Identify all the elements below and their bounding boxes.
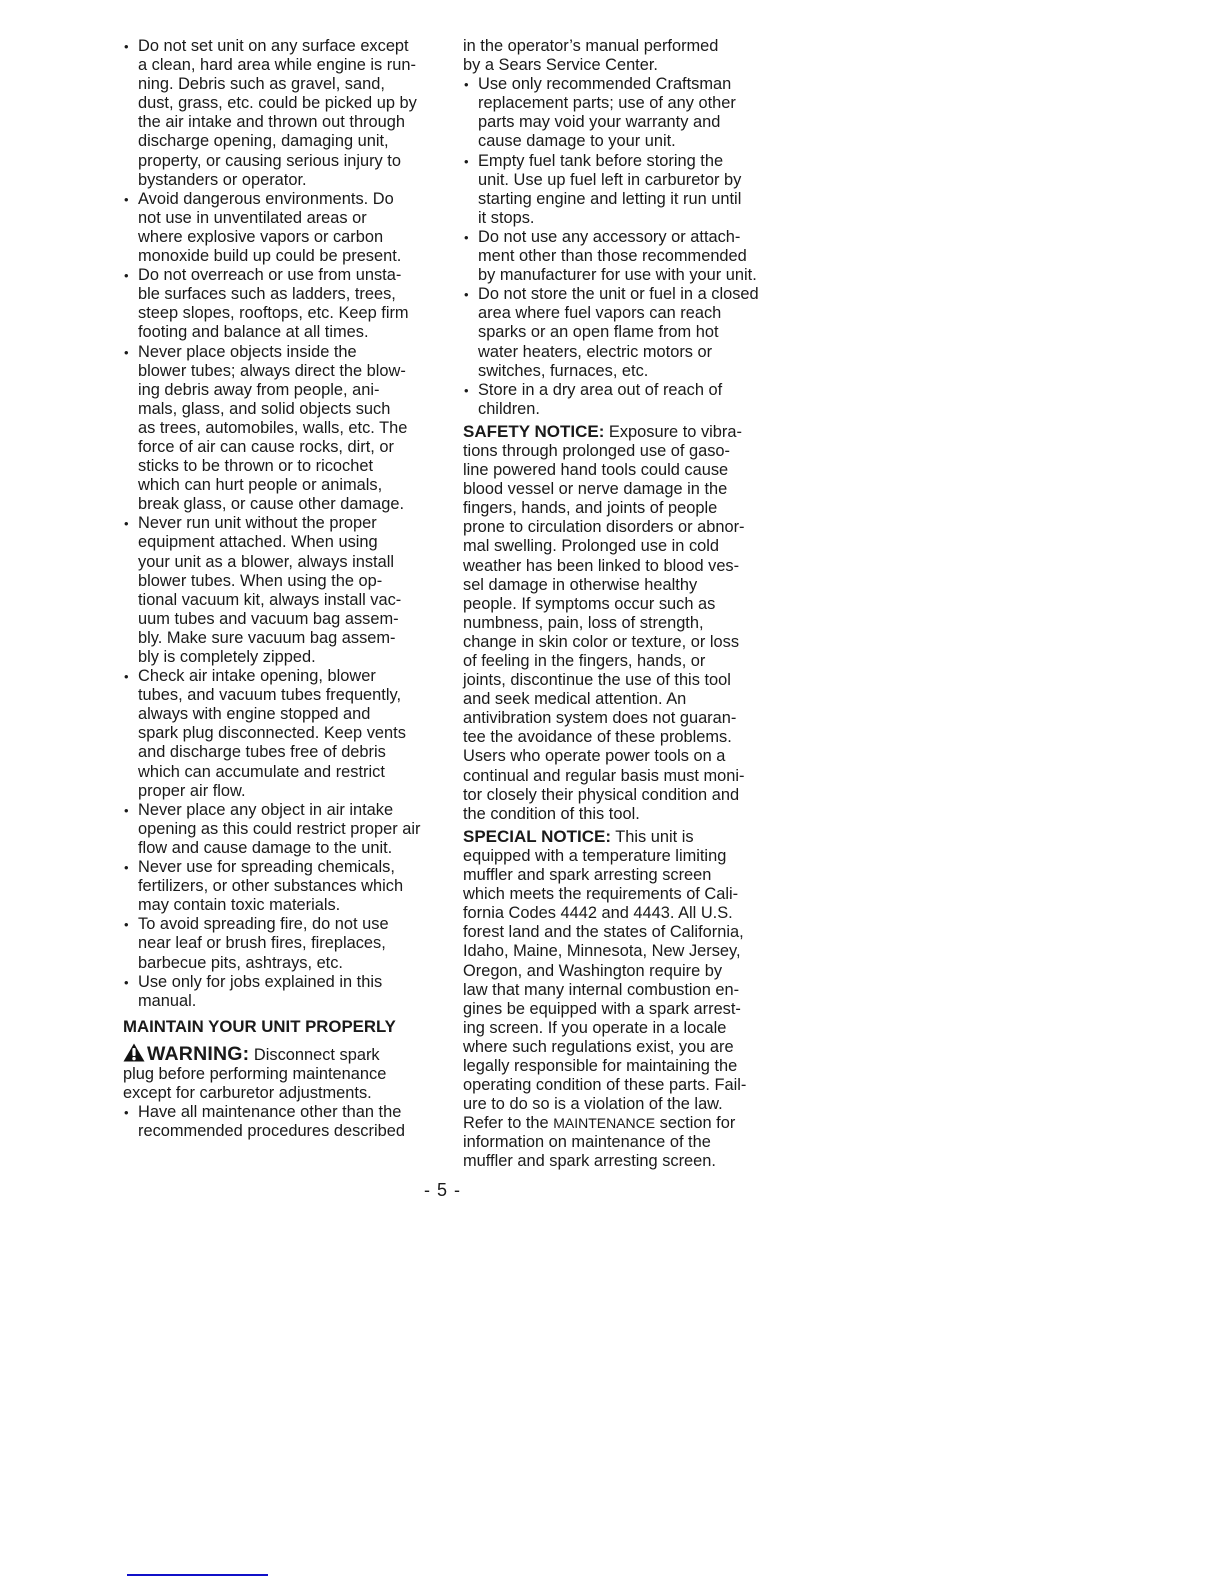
bullet-text-line: monoxide build up could be present. [138, 247, 443, 266]
right-column: in the operator’s manual performedby a S… [463, 37, 783, 1172]
bullet-text-line: your unit as a blower, always install [138, 553, 443, 572]
bullet-text-line: Avoid dangerous environments. Do [138, 190, 443, 209]
safety-notice-text-line: tor closely their physical condition and [463, 786, 783, 805]
warning-text: Disconnect spark [249, 1046, 379, 1064]
special-notice-text-line: muffler and spark arresting screen. [463, 1152, 783, 1171]
continued-text: in the operator’s manual performedby a S… [463, 37, 783, 75]
bullet-text-line: which can hurt people or animals, [138, 476, 443, 495]
bullet-text-line: steep slopes, rooftops, etc. Keep firm [138, 304, 443, 323]
special-notice-label: SPECIAL NOTICE: [463, 827, 611, 846]
bullet-text-line: ing debris away from people, ani- [138, 381, 443, 400]
special-notice-text-line: ing screen. If you operate in a locale [463, 1019, 783, 1038]
bullet-text-line: recommended procedures described [138, 1122, 443, 1141]
bullet-text-line: bly is completely zipped. [138, 648, 443, 667]
refer-suffix: section for [655, 1114, 735, 1132]
warning-block: WARNING: Disconnect sparkplug before per… [123, 1043, 443, 1103]
bullet-text-line: near leaf or brush fires, fireplaces, [138, 934, 443, 953]
bullet-item: Never use for spreading chemicals,fertil… [123, 858, 443, 915]
bullet-item: Never run unit without the properequipme… [123, 514, 443, 667]
bullet-text-line: manual. [138, 992, 443, 1011]
bullet-text-line: property, or causing serious injury to [138, 152, 443, 171]
special-notice-text-line: gines be equipped with a spark arrest- [463, 1000, 783, 1019]
bullet-text-line: Never place any object in air intake [138, 801, 443, 820]
bullet-item: Never place any object in air intakeopen… [123, 801, 443, 858]
bullet-text-line: spark plug disconnected. Keep vents [138, 724, 443, 743]
bullet-text-line: Have all maintenance other than the [138, 1103, 443, 1122]
bullet-text-line: the air intake and thrown out through [138, 113, 443, 132]
bullet-text-line: water heaters, electric motors or [478, 343, 783, 362]
bullet-text-line: replacement parts; use of any other [478, 94, 783, 113]
special-notice-first-line: SPECIAL NOTICE: This unit is [463, 827, 783, 847]
bullet-text-line: Store in a dry area out of reach of [478, 381, 783, 400]
section-heading: MAINTAIN YOUR UNIT PROPERLY [123, 1017, 443, 1036]
special-notice-text-line: legally responsible for maintaining the [463, 1057, 783, 1076]
safety-notice-text-line: numbness, pain, loss of strength, [463, 614, 783, 633]
special-notice-text-line: operating condition of these parts. Fail… [463, 1076, 783, 1095]
bullet-item: Do not use any accessory or attach-ment … [463, 228, 783, 285]
special-notice-text-line: information on maintenance of the [463, 1133, 783, 1152]
bullet-text-line: blower tubes; always direct the blow- [138, 362, 443, 381]
safety-notice-text-line: tions through prolonged use of gaso- [463, 442, 783, 461]
bullet-text-line: parts may void your warranty and [478, 113, 783, 132]
safety-notice-text-line: blood vessel or nerve damage in the [463, 480, 783, 499]
special-notice-text-line: ure to do so is a violation of the law. [463, 1095, 783, 1114]
safety-notice-text-line: prone to circulation disorders or abnor- [463, 518, 783, 537]
bullet-text-line: as trees, automobiles, walls, etc. The [138, 419, 443, 438]
safety-notice-text-line: tee the avoidance of these problems. [463, 728, 783, 747]
special-notice: SPECIAL NOTICE: This unit isequipped wit… [463, 827, 783, 1172]
bullet-text-line: sparks or an open flame from hot [478, 323, 783, 342]
warning-triangle-icon [123, 1043, 145, 1062]
bullet-item: Never place objects inside theblower tub… [123, 343, 443, 515]
bullet-item: Check air intake opening, blowertubes, a… [123, 667, 443, 801]
page-number: - 5 - [424, 1180, 461, 1201]
bullet-text-line: always with engine stopped and [138, 705, 443, 724]
continued-text-line: in the operator’s manual performed [463, 37, 783, 56]
bullet-text-line: Do not overreach or use from unsta- [138, 266, 443, 285]
bullet-text-line: mals, glass, and solid objects such [138, 400, 443, 419]
safety-notice-text-line: and seek medical attention. An [463, 690, 783, 709]
bullet-text-line: ble surfaces such as ladders, trees, [138, 285, 443, 304]
warning-text-line: except for carburetor adjustments. [123, 1084, 443, 1103]
bullet-text-line: bly. Make sure vacuum bag assem- [138, 629, 443, 648]
bullet-text-line: area where fuel vapors can reach [478, 304, 783, 323]
bullet-text-line: not use in unventilated areas or [138, 209, 443, 228]
safety-notice-text-line: fingers, hands, and joints of people [463, 499, 783, 518]
bullet-text-line: ment other than those recommended [478, 247, 783, 266]
safety-notice-text-line: line powered hand tools could cause [463, 461, 783, 480]
safety-notice-label: SAFETY NOTICE: [463, 422, 604, 441]
bullet-item: Empty fuel tank before storing theunit. … [463, 152, 783, 228]
footer-rule [127, 1574, 268, 1576]
bullet-text-line: equipment attached. When using [138, 533, 443, 552]
special-notice-text-line: equipped with a temperature limiting [463, 847, 783, 866]
bullet-text-line: flow and cause damage to the unit. [138, 839, 443, 858]
special-notice-text-line: Refer to the MAINTENANCE section for [463, 1114, 783, 1133]
safety-notice-text-line: change in skin color or texture, or loss [463, 633, 783, 652]
maintenance-reference: MAINTENANCE [553, 1115, 655, 1131]
bullet-text-line: Empty fuel tank before storing the [478, 152, 783, 171]
bullet-text-line: by manufacturer for use with your unit. [478, 266, 783, 285]
special-notice-text-line: fornia Codes 4442 and 4443. All U.S. [463, 904, 783, 923]
bullet-text-line: tional vacuum kit, always install vac- [138, 591, 443, 610]
bullet-text-line: Use only for jobs explained in this [138, 973, 443, 992]
bullet-text-line: may contain toxic materials. [138, 896, 443, 915]
bullet-text-line: fertilizers, or other substances which [138, 877, 443, 896]
bullet-text-line: where explosive vapors or carbon [138, 228, 443, 247]
bullet-text-line: Never place objects inside the [138, 343, 443, 362]
special-notice-text-line: which meets the requirements of Cali- [463, 885, 783, 904]
special-notice-text-line: where such regulations exist, you are [463, 1038, 783, 1057]
bullet-item: Use only for jobs explained in thismanua… [123, 973, 443, 1011]
safety-notice-text-line: continual and regular basis must moni- [463, 767, 783, 786]
bullet-item: Have all maintenance other than therecom… [123, 1103, 443, 1141]
safety-notice-text-line: mal swelling. Prolonged use in cold [463, 537, 783, 556]
bullet-text-line: Never use for spreading chemicals, [138, 858, 443, 877]
bullet-item: Do not store the unit or fuel in a close… [463, 285, 783, 380]
bullet-text-line: which can accumulate and restrict [138, 763, 443, 782]
bullet-text-line: Check air intake opening, blower [138, 667, 443, 686]
special-notice-text-line: forest land and the states of California… [463, 923, 783, 942]
bullet-text-line: it stops. [478, 209, 783, 228]
safety-notice-text-line: of feeling in the fingers, hands, or [463, 652, 783, 671]
bullet-text-line: dust, grass, etc. could be picked up by [138, 94, 443, 113]
bullet-text-line: blower tubes. When using the op- [138, 572, 443, 591]
safety-notice-text-line: Users who operate power tools on a [463, 747, 783, 766]
warning-first-line: WARNING: Disconnect spark [123, 1043, 443, 1065]
safety-notice-text-line: weather has been linked to blood ves- [463, 557, 783, 576]
bullet-text-line: uum tubes and vacuum bag assem- [138, 610, 443, 629]
bullet-text-line: Do not use any accessory or attach- [478, 228, 783, 247]
safety-notice-text-line: the condition of this tool. [463, 805, 783, 824]
safety-notice-text-line: sel damage in otherwise healthy [463, 576, 783, 595]
bullet-text-line: children. [478, 400, 783, 419]
bullet-item: Do not overreach or use from unsta-ble s… [123, 266, 443, 342]
continued-text-line: by a Sears Service Center. [463, 56, 783, 75]
warning-label: WARNING: [147, 1043, 249, 1065]
bullet-text-line: To avoid spreading fire, do not use [138, 915, 443, 934]
bullet-text-line: force of air can cause rocks, dirt, or [138, 438, 443, 457]
bullet-text-line: Never run unit without the proper [138, 514, 443, 533]
bullet-text-line: sticks to be thrown or to ricochet [138, 457, 443, 476]
warning-text-line: plug before performing maintenance [123, 1065, 443, 1084]
special-notice-text-line: Idaho, Maine, Minnesota, New Jersey, [463, 942, 783, 961]
bullet-text-line: Do not store the unit or fuel in a close… [478, 285, 783, 304]
bullet-text-line: ning. Debris such as gravel, sand, [138, 75, 443, 94]
left-column: Do not set unit on any surface excepta c… [123, 37, 443, 1141]
bullet-text-line: unit. Use up fuel left in carburetor by [478, 171, 783, 190]
safety-notice-text-line: antivibration system does not guaran- [463, 709, 783, 728]
bullet-text-line: opening as this could restrict proper ai… [138, 820, 443, 839]
bullet-text-line: a clean, hard area while engine is run- [138, 56, 443, 75]
bullet-text-line: barbecue pits, ashtrays, etc. [138, 954, 443, 973]
safety-notice: SAFETY NOTICE: Exposure to vibra-tions t… [463, 422, 783, 824]
bullet-item: Use only recommended Craftsmanreplacemen… [463, 75, 783, 151]
special-notice-text-line: law that many internal combustion en- [463, 981, 783, 1000]
safety-notice-first-line: SAFETY NOTICE: Exposure to vibra- [463, 422, 783, 442]
bullet-text-line: switches, furnaces, etc. [478, 362, 783, 381]
bullet-text-line: cause damage to your unit. [478, 132, 783, 151]
bullet-text-line: footing and balance at all times. [138, 323, 443, 342]
bullet-text-line: tubes, and vacuum tubes frequently, [138, 686, 443, 705]
bullet-text-line: Do not set unit on any surface except [138, 37, 443, 56]
special-notice-text-line: Oregon, and Washington require by [463, 962, 783, 981]
safety-notice-text-line: people. If symptoms occur such as [463, 595, 783, 614]
bullet-item: To avoid spreading fire, do not usenear … [123, 915, 443, 972]
bullet-item: Avoid dangerous environments. Donot use … [123, 190, 443, 266]
bullet-item: Store in a dry area out of reach ofchild… [463, 381, 783, 419]
bullet-text-line: proper air flow. [138, 782, 443, 801]
bullet-text-line: break glass, or cause other damage. [138, 495, 443, 514]
bullet-text-line: Use only recommended Craftsman [478, 75, 783, 94]
bullet-item: Do not set unit on any surface excepta c… [123, 37, 443, 190]
bullet-text-line: and discharge tubes free of debris [138, 743, 443, 762]
special-notice-text: This unit is [611, 828, 694, 846]
special-notice-text-line: muffler and spark arresting screen [463, 866, 783, 885]
safety-notice-text: Exposure to vibra- [604, 423, 742, 441]
bullet-text-line: bystanders or operator. [138, 171, 443, 190]
bullet-text-line: starting engine and letting it run until [478, 190, 783, 209]
bullet-text-line: discharge opening, damaging unit, [138, 132, 443, 151]
safety-notice-text-line: joints, discontinue the use of this tool [463, 671, 783, 690]
refer-prefix: Refer to the [463, 1114, 553, 1132]
